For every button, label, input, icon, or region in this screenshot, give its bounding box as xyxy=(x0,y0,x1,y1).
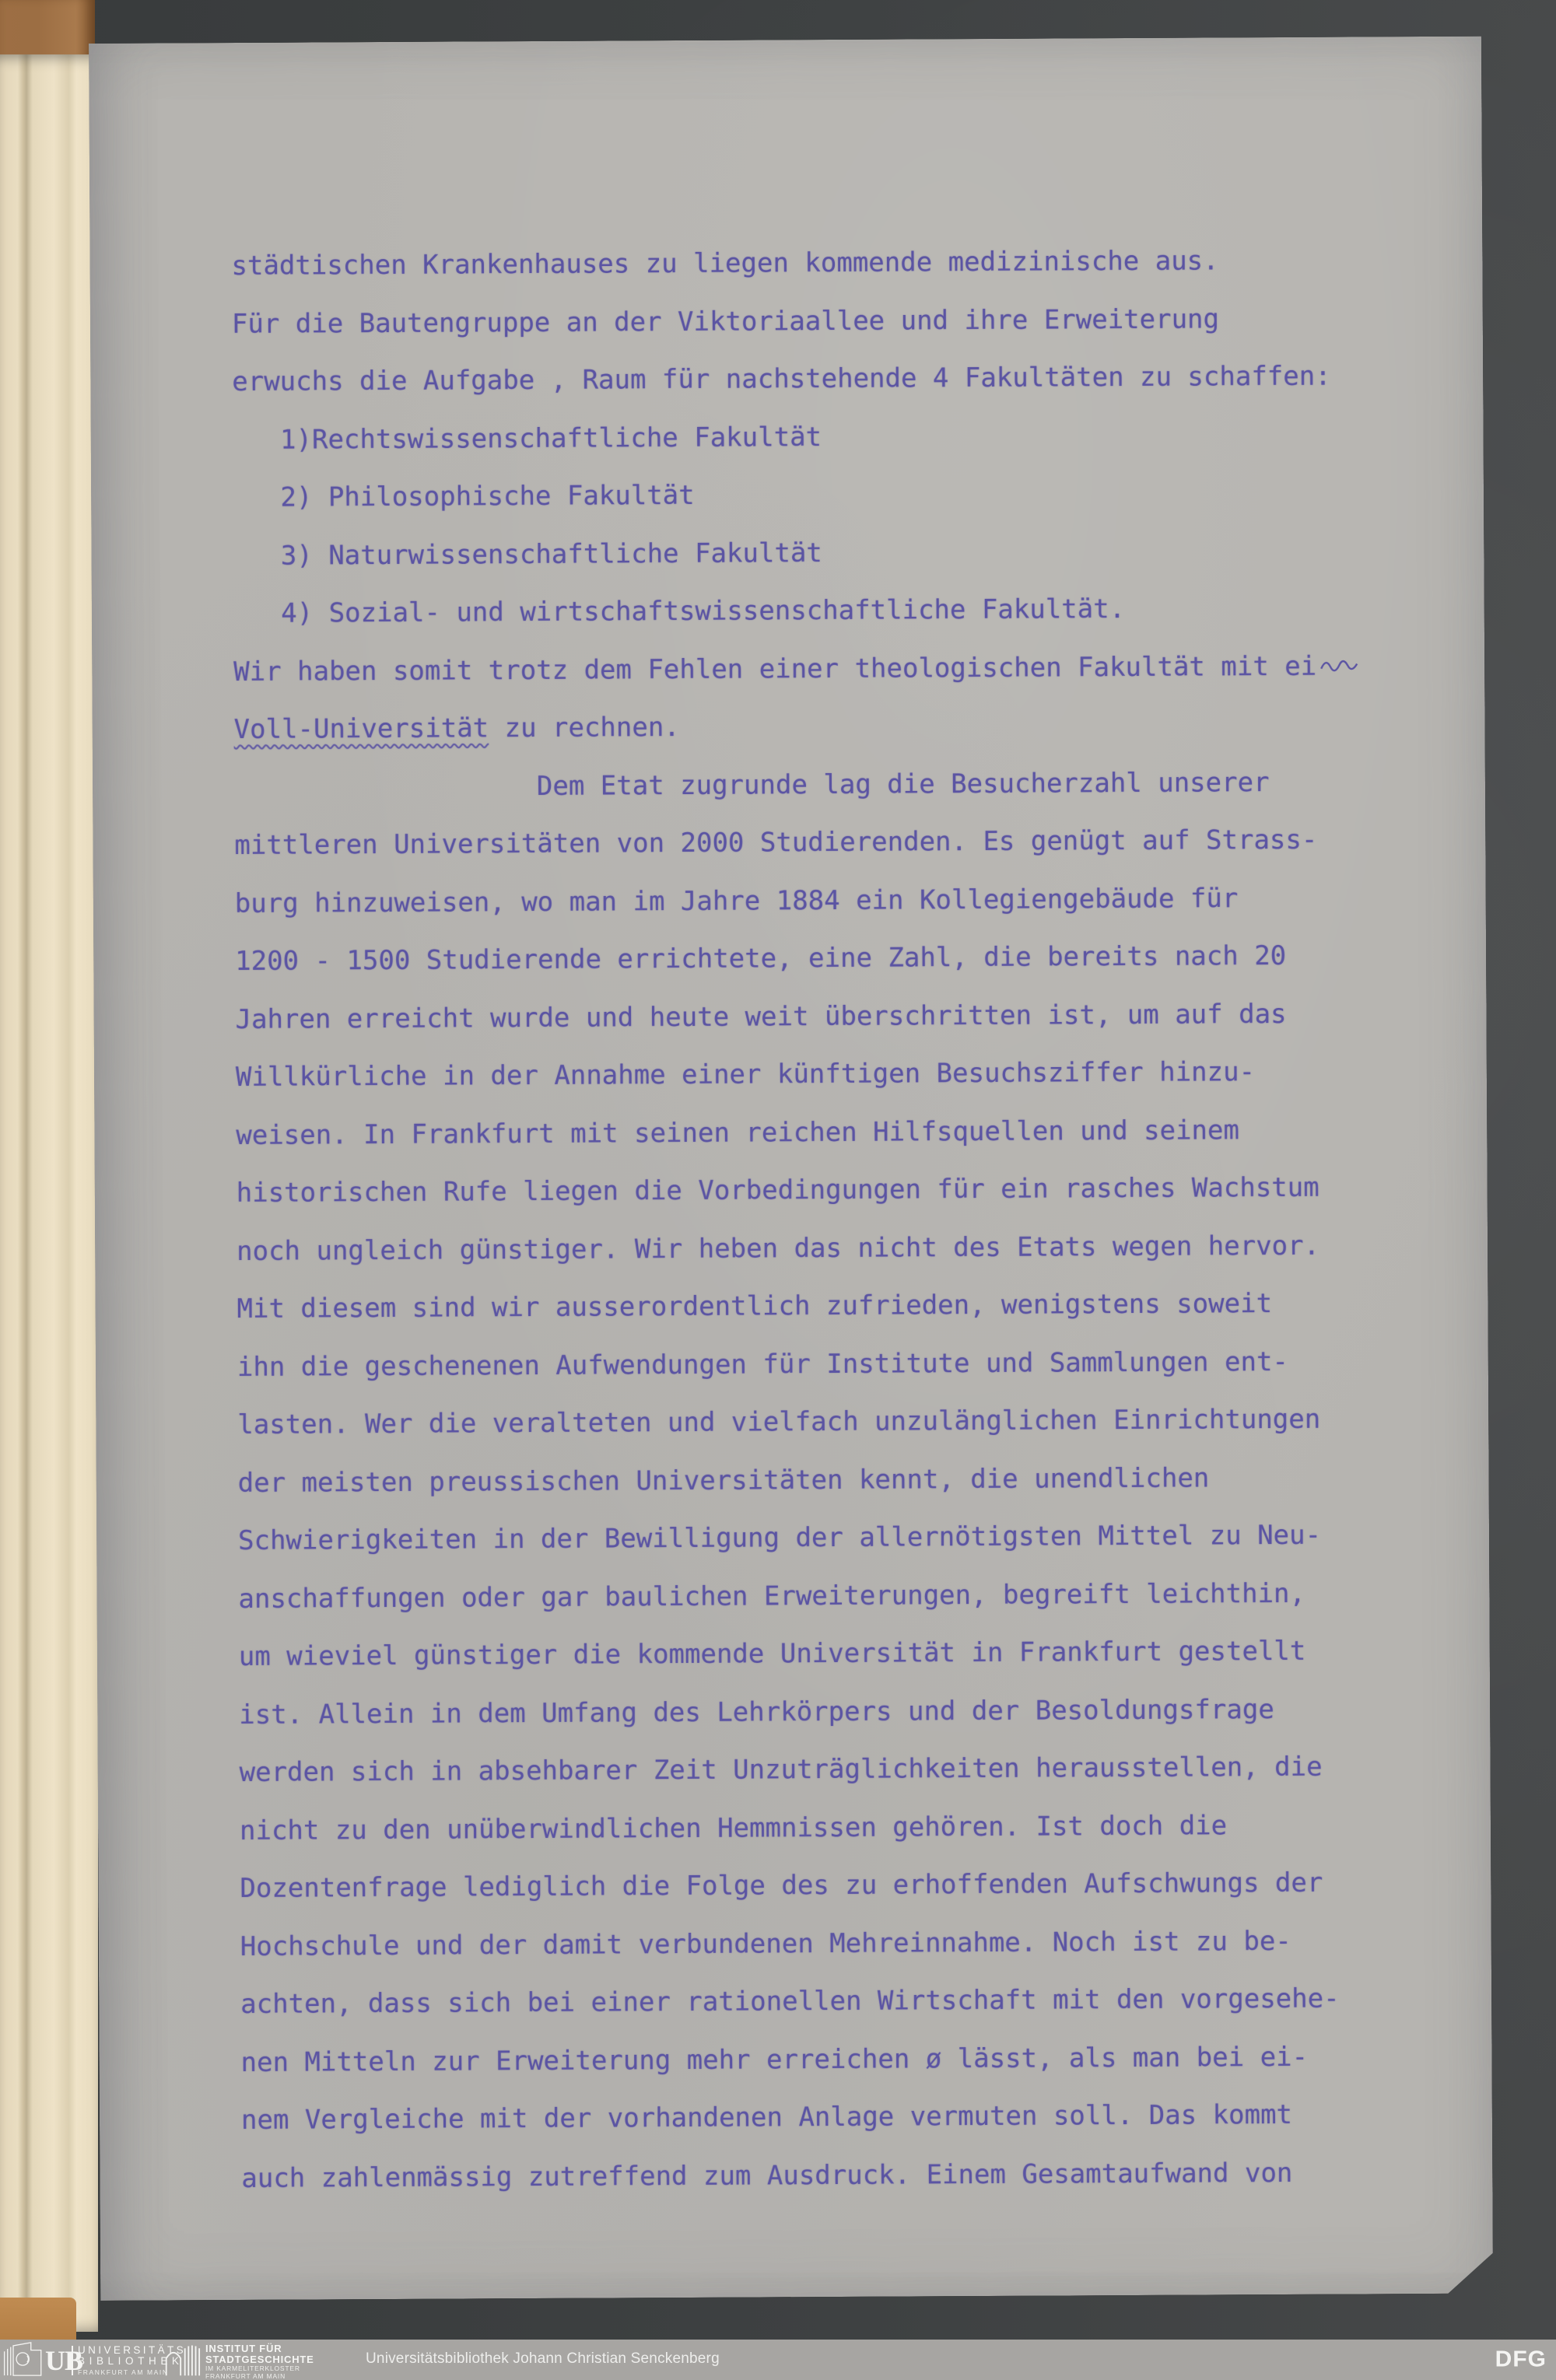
typewritten-line: 1200 - 1500 Studierende errichtete, eine… xyxy=(235,926,1486,991)
typewritten-line: achten, dass sich bei einer rationellen … xyxy=(240,1969,1491,2034)
typewritten-line: 3) Naturwissenschaftliche Fakultät xyxy=(233,520,1484,585)
dfg-logo: DFG xyxy=(1495,2347,1547,2372)
library-name-label: Universitätsbibliothek Johann Christian … xyxy=(366,2350,720,2368)
typewritten-line: Voll-Universität zu rechnen. xyxy=(233,695,1484,759)
institut-line1: INSTITUT FÜR xyxy=(205,2343,314,2354)
underlined-text: Voll-Universität xyxy=(234,712,489,745)
typewritten-line: anschaffungen oder gar baulichen Erweite… xyxy=(238,1563,1489,1628)
institut-line4: FRANKFURT AM MAIN xyxy=(205,2373,314,2380)
typewritten-line: lasten. Wer die veralteten und vielfach … xyxy=(237,1390,1488,1454)
typewritten-line: 4) Sozial- und wirtschaftswissenschaftli… xyxy=(233,579,1484,643)
typewritten-line: auch zahlenmässig zutreffend zum Ausdruc… xyxy=(241,2143,1492,2207)
institut-line2: STADTGESCHICHTE xyxy=(205,2354,314,2365)
typewritten-text-block: städtischen Krankenhauses zu liegen komm… xyxy=(89,37,1493,2208)
typewritten-line: ist. Allein in dem Umfang des Lehrkörper… xyxy=(239,1679,1490,1744)
typewritten-line: erwuchs die Aufgabe , Raum für nachstehe… xyxy=(232,347,1483,411)
typewritten-line: Schwierigkeiten in der Bewilligung der a… xyxy=(238,1506,1489,1570)
typewritten-line: Willkürliche in der Annahme einer künfti… xyxy=(236,1042,1487,1107)
typewritten-line: 1)Rechtswissenschaftliche Fakultät xyxy=(232,404,1483,469)
book-page-edges xyxy=(0,54,98,2332)
book-cover-corner xyxy=(0,2298,76,2341)
institut-line3: IM KARMELITERKLOSTER xyxy=(205,2365,314,2372)
footer-divider xyxy=(72,2346,73,2375)
typewritten-line: werden sich in absehbarer Zeit Unzuträgl… xyxy=(239,1738,1490,1802)
typewritten-line: ihn die geschenenen Aufwendungen für Ins… xyxy=(237,1332,1488,1396)
institut-arch-icon xyxy=(163,2343,201,2380)
typewritten-line: nicht zu den unüberwindlichen Hemmnissen… xyxy=(240,1795,1491,1860)
typewritten-line: Dozentenfrage lediglich die Folge des zu… xyxy=(240,1853,1491,1918)
typewritten-line: burg hinzuweisen, wo man im Jahre 1884 e… xyxy=(235,868,1486,933)
handwritten-insertion-mark xyxy=(1319,637,1360,695)
institut-name: INSTITUT FÜR STADTGESCHICHTE IM KARMELIT… xyxy=(205,2343,314,2380)
typewritten-line: nen Mitteln zur Erweiterung mehr erreich… xyxy=(240,2027,1491,2091)
footer-bar: UB UNIVERSITÄTS BIBLIOTHEK FRANKFURT AM … xyxy=(0,2340,1556,2380)
typewritten-line: Mit diesem sind wir ausserordentlich zuf… xyxy=(237,1274,1488,1339)
typewritten-line: Jahren erreicht wurde und heute weit übe… xyxy=(235,984,1486,1048)
typewritten-line: Für die Bautengruppe an der Viktoriaalle… xyxy=(232,289,1483,353)
goethe-head-icon xyxy=(3,2341,44,2380)
document-page: städtischen Krankenhauses zu liegen komm… xyxy=(89,37,1493,2301)
typewritten-line: weisen. In Frankfurt mit seinen reichen … xyxy=(236,1100,1487,1164)
typewritten-line: noch ungleich günstiger. Wir heben das n… xyxy=(237,1216,1488,1280)
typewritten-line: 2) Philosophische Fakultät xyxy=(233,463,1484,527)
typewritten-line: historischen Rufe liegen die Vorbedingun… xyxy=(237,1158,1488,1223)
ub-abbr: UB xyxy=(45,2347,82,2375)
typewritten-line: Hochschule und der damit verbundenen Meh… xyxy=(240,1911,1491,1976)
ub-library-logo: UB xyxy=(3,2343,82,2378)
typewritten-line: nem Vergleiche mit der vorhandenen Anlag… xyxy=(241,2085,1492,2150)
typewritten-line: um wieviel günstiger die kommende Univer… xyxy=(239,1622,1490,1686)
typewritten-line: mittleren Universitäten von 2000 Studier… xyxy=(234,810,1485,875)
typewritten-line: Wir haben somit trotz dem Fehlen einer t… xyxy=(233,636,1484,701)
typewritten-line: der meisten preussischen Universitäten k… xyxy=(237,1447,1488,1512)
typewritten-line: Dem Etat zugrunde lag die Besucherzahl u… xyxy=(234,752,1485,817)
typewritten-line: städtischen Krankenhauses zu liegen komm… xyxy=(231,231,1482,296)
